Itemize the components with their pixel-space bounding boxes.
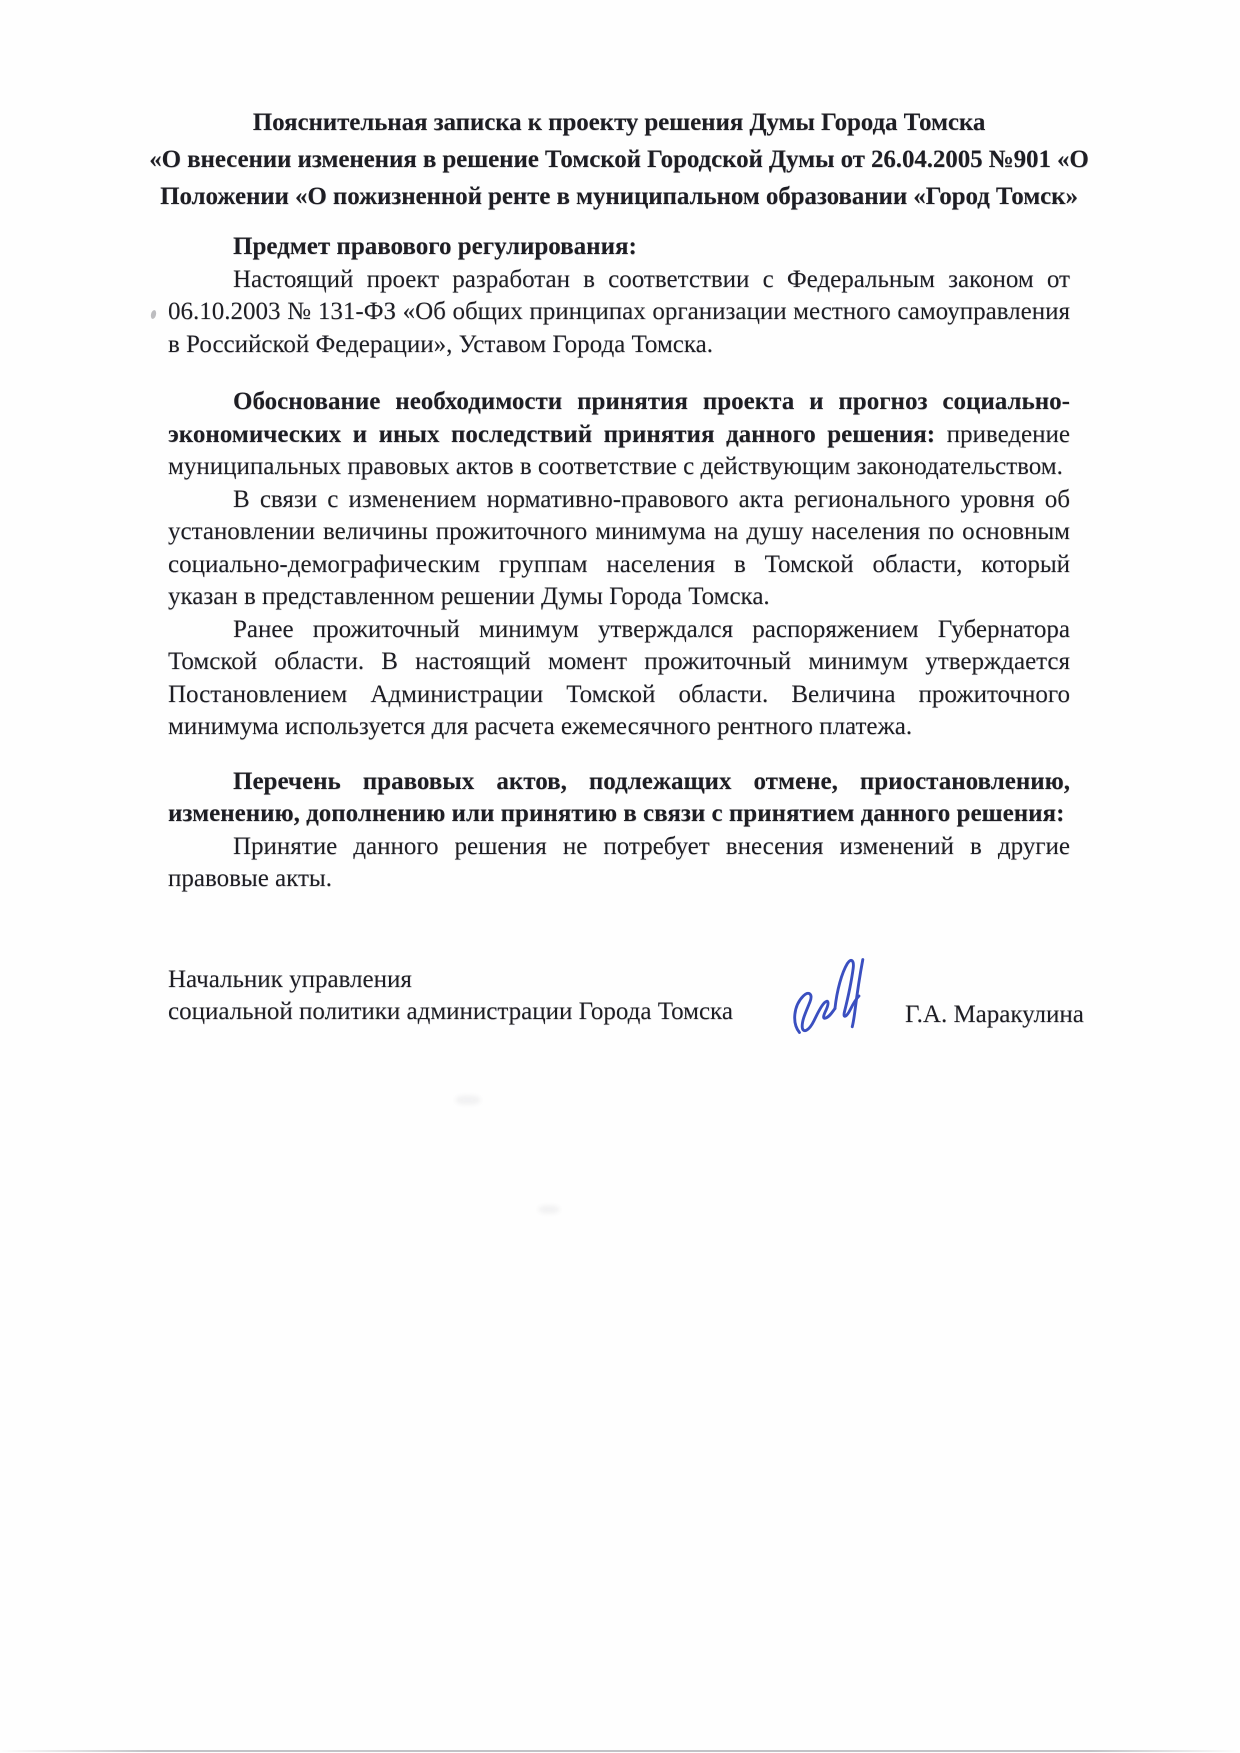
signatory-position-line-1: Начальник управления [168, 964, 1070, 997]
scanned-document-page: Пояснительная записка к проекту решения … [0, 0, 1240, 1753]
paragraph-justification-heading: Обоснование необходимости принятия проек… [168, 386, 1070, 484]
document-title: Пояснительная записка к проекту решения … [168, 104, 1070, 215]
section-heading-justification: Обоснование необходимости принятия проек… [168, 388, 1070, 448]
signature-icon [786, 952, 882, 1042]
scan-speck-artifact [150, 310, 157, 320]
document-title-line-3: Положении «О пожизненной ренте в муницип… [160, 178, 1078, 215]
paragraph-subject: Настоящий проект разработан в соответств… [168, 264, 1070, 362]
section-heading-subject: Предмет правового регулирования: [168, 231, 1070, 264]
scan-smudge-artifact [538, 1205, 560, 1214]
document-title-line-1: Пояснительная записка к проекту решения … [253, 104, 985, 141]
signature-block: Начальник управления социальной политики… [168, 964, 1070, 1074]
paragraph-minimum-history: Ранее прожиточный минимум утверждался ра… [168, 614, 1070, 744]
document-content: Пояснительная записка к проекту решения … [168, 104, 1070, 1074]
document-title-line-2: «О внесении изменения в решение Томской … [149, 141, 1089, 178]
signatory-name: Г.А. Маракулина [905, 999, 1084, 1032]
scan-smudge-artifact [455, 1095, 481, 1105]
paragraph-acts-list: Принятие данного решения не потребует вн… [168, 831, 1070, 896]
paragraph-regional-act: В связи с изменением нормативно-правовог… [168, 484, 1070, 614]
section-heading-acts-list: Перечень правовых актов, подлежащих отме… [168, 766, 1070, 831]
scan-edge-artifact [0, 1750, 1240, 1752]
